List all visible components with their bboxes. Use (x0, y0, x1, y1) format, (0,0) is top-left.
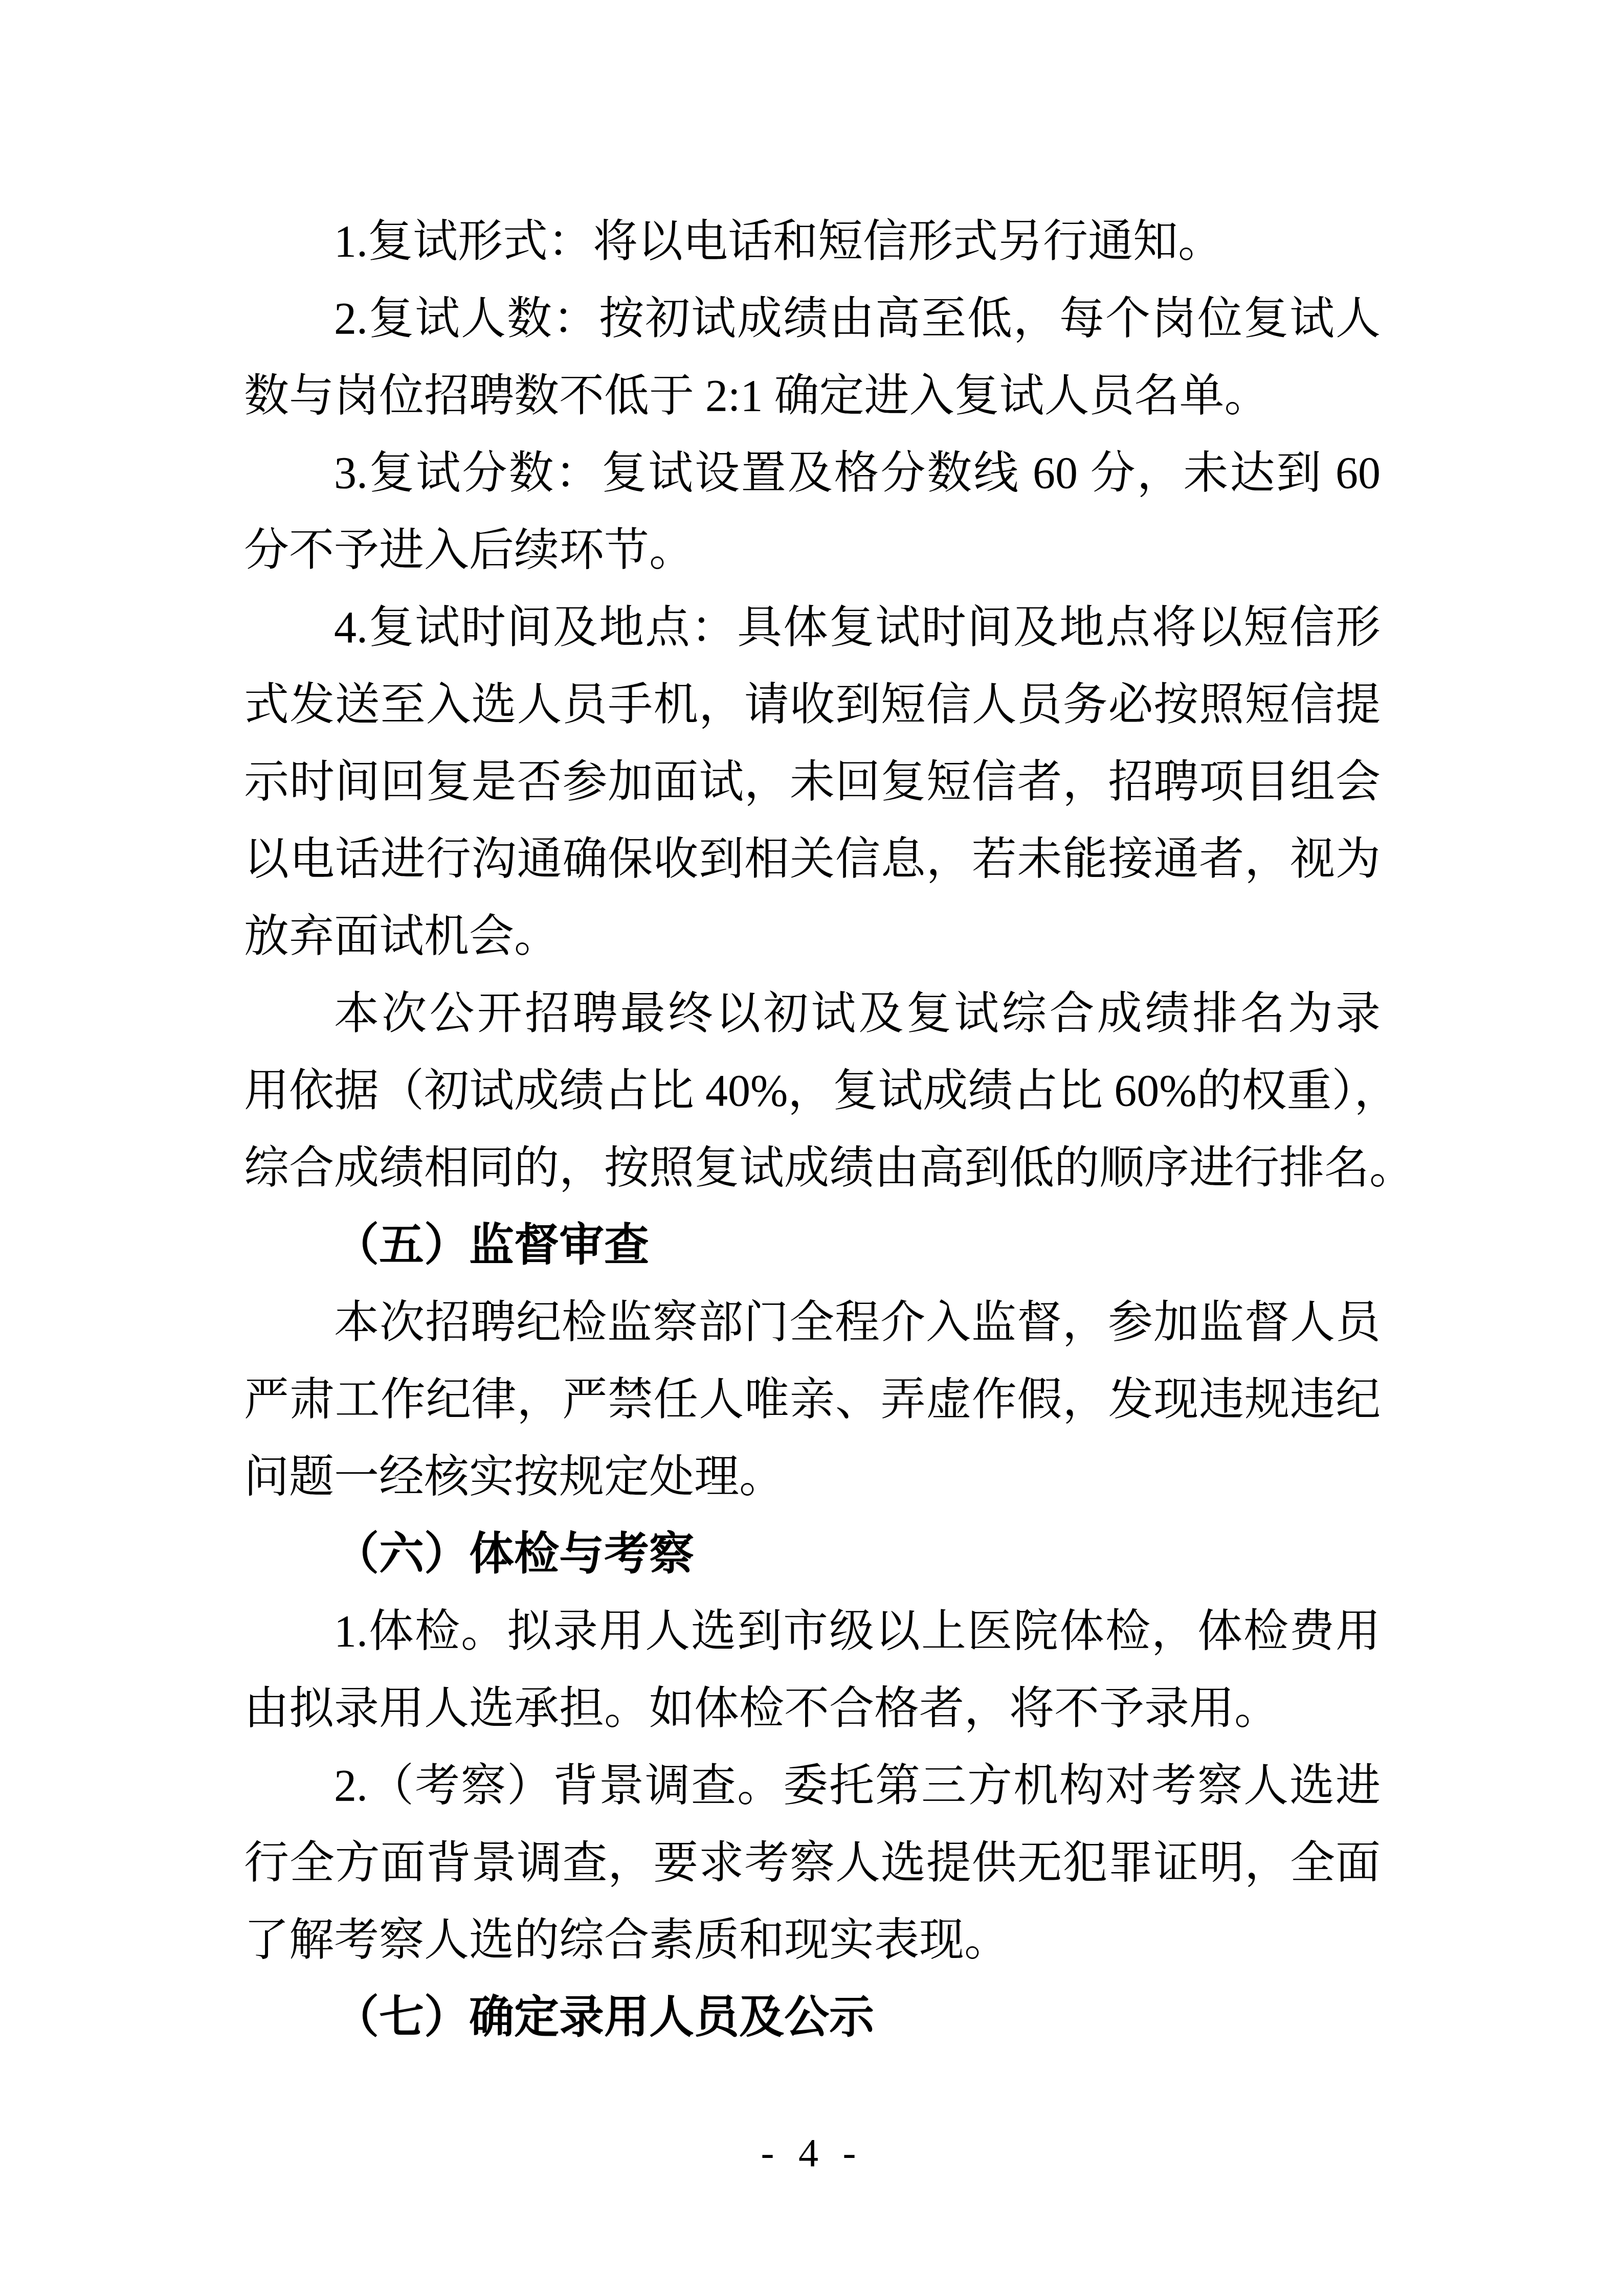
text-line: 本次公开招聘最终以初试及复试综合成绩排名为录 (244, 975, 1381, 1052)
text-line: 2.复试人数：按初试成绩由高至低，每个岗位复试人 (244, 280, 1381, 357)
text-line: 了解考察人选的综合素质和现实表现。 (244, 1902, 1381, 1979)
text-line: 放弃面试机会。 (244, 898, 1381, 975)
text-line: 4.复试时间及地点：具体复试时间及地点将以短信形 (244, 589, 1381, 666)
document-page: 1.复试形式：将以电话和短信形式另行通知。 2.复试人数：按初试成绩由高至低，每… (0, 0, 1624, 2296)
text-line: 数与岗位招聘数不低于 2:1 确定进入复试人员名单。 (244, 357, 1381, 435)
text-line: 综合成绩相同的，按照复试成绩由高到低的顺序进行排名。 (244, 1130, 1381, 1207)
text-line: 行全方面背景调查，要求考察人选提供无犯罪证明，全面 (244, 1825, 1381, 1902)
text-line: 1.复试形式：将以电话和短信形式另行通知。 (244, 203, 1381, 280)
text-line: 本次招聘纪检监察部门全程介入监督，参加监督人员 (244, 1284, 1381, 1361)
section-heading: （五）监督审查 (244, 1207, 1381, 1284)
text-line: 严肃工作纪律，严禁任人唯亲、弄虚作假，发现违规违纪 (244, 1361, 1381, 1438)
text-line: 式发送至入选人员手机，请收到短信人员务必按照短信提 (244, 666, 1381, 744)
text-line: 用依据（初试成绩占比 40%，复试成绩占比 60%的权重）， (244, 1052, 1381, 1130)
text-line: 2.（考察）背景调查。委托第三方机构对考察人选进 (244, 1747, 1381, 1825)
document-body: 1.复试形式：将以电话和短信形式另行通知。 2.复试人数：按初试成绩由高至低，每… (244, 203, 1381, 2056)
text-line: 分不予进入后续环节。 (244, 512, 1381, 589)
text-line: 由拟录用人选承担。如体检不合格者，将不予录用。 (244, 1670, 1381, 1747)
text-line: 示时间回复是否参加面试，未回复短信者，招聘项目组会 (244, 744, 1381, 821)
section-heading: （七）确定录用人员及公示 (244, 1979, 1381, 2056)
section-heading: （六）体检与考察 (244, 1516, 1381, 1593)
text-line: 1.体检。拟录用人选到市级以上医院体检，体检费用 (244, 1593, 1381, 1670)
text-line: 3.复试分数：复试设置及格分数线 60 分，未达到 60 (244, 435, 1381, 512)
page-number: - 4 - (0, 2125, 1624, 2181)
text-line: 问题一经核实按规定处理。 (244, 1438, 1381, 1516)
text-line: 以电话进行沟通确保收到相关信息，若未能接通者，视为 (244, 821, 1381, 898)
